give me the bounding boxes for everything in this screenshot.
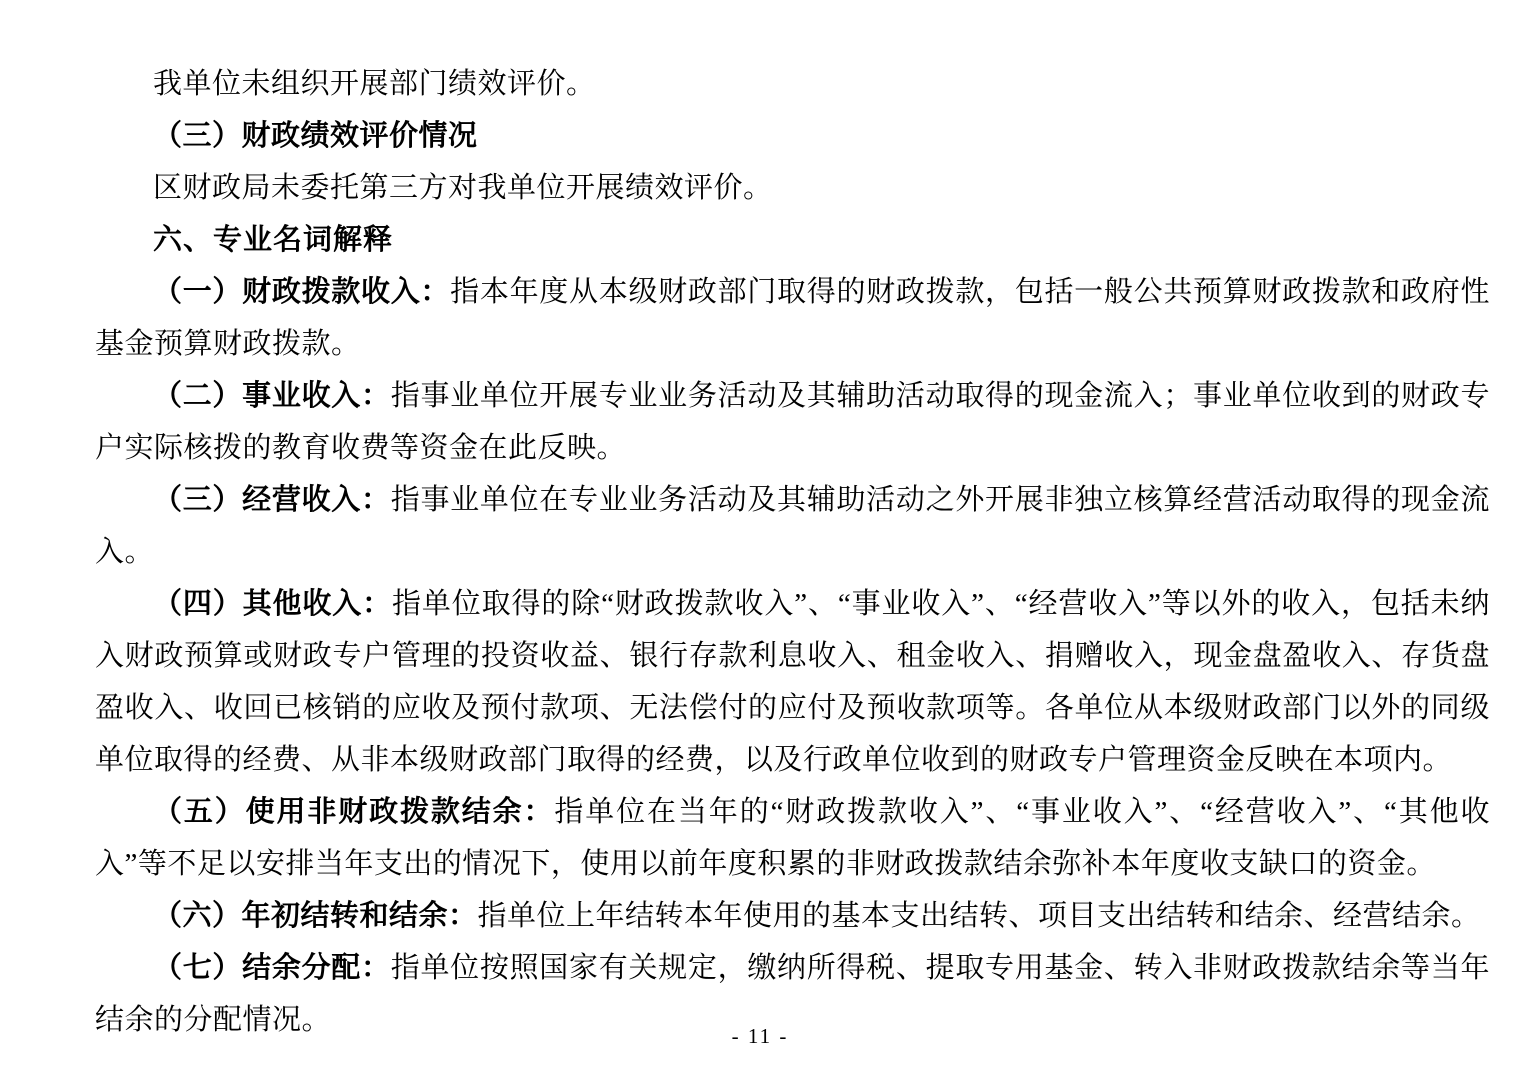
heading-fiscal-performance-eval: （三）财政绩效评价情况 <box>95 110 1490 162</box>
paragraph-no-dept-eval: 我单位未组织开展部门绩效评价。 <box>95 58 1490 110</box>
term-label-beginning-carryover-balance: （六）年初结转和结余： <box>153 900 478 932</box>
term-label-use-of-non-fiscal-balance: （五）使用非财政拨款结余： <box>153 796 554 828</box>
page-number: - 11 - <box>0 1024 1520 1048</box>
glossary-term-1: （一）财政拨款收入：指本年度从本级财政部门取得的财政拨款，包括一般公共预算财政拨… <box>95 266 1490 370</box>
glossary-term-6: （六）年初结转和结余：指单位上年结转本年使用的基本支出结转、项目支出结转和结余、… <box>95 890 1490 942</box>
glossary-term-3: （三）经营收入：指事业单位在专业业务活动及其辅助活动之外开展非独立核算经营活动取… <box>95 474 1490 578</box>
term-definition-beginning-carryover-balance: 指单位上年结转本年使用的基本支出结转、项目支出结转和结余、经营结余。 <box>478 900 1481 932</box>
paragraph-fiscal-eval-body: 区财政局未委托第三方对我单位开展绩效评价。 <box>95 162 1490 214</box>
glossary-term-5: （五）使用非财政拨款结余：指单位在当年的“财政拨款收入”、“事业收入”、“经营收… <box>95 786 1490 890</box>
glossary-term-2: （二）事业收入：指事业单位开展专业业务活动及其辅助活动取得的现金流入；事业单位收… <box>95 370 1490 474</box>
term-label-operating-income: （二）事业收入： <box>153 380 391 412</box>
term-label-business-income: （三）经营收入： <box>153 484 391 516</box>
document-page: 我单位未组织开展部门绩效评价。 （三）财政绩效评价情况 区财政局未委托第三方对我… <box>0 0 1520 1046</box>
term-label-balance-distribution: （七）结余分配： <box>153 952 391 984</box>
heading-glossary: 六、专业名词解释 <box>95 214 1490 266</box>
glossary-term-4: （四）其他收入：指单位取得的除“财政拨款收入”、“事业收入”、“经营收入”等以外… <box>95 578 1490 786</box>
term-label-other-income: （四）其他收入： <box>153 588 392 620</box>
term-label-fiscal-appropriation-income: （一）财政拨款收入： <box>153 276 450 308</box>
